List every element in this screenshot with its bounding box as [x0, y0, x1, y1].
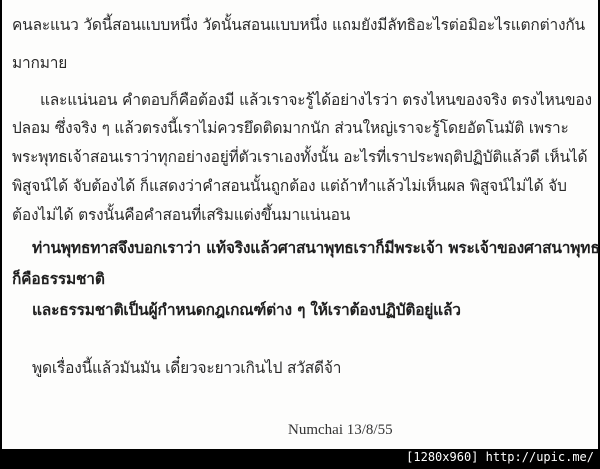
text-line-7: ต้องไม่ได้ ตรงนั้นคือคำสอนที่เสริมแต่งขึ…: [12, 202, 350, 227]
text-line-8-bold: ท่านพุทธทาสจึงบอกเราว่า แท้จริงแล้วศาสนา…: [32, 235, 600, 260]
text-line-9-bold: ก็คือธรรมชาติ: [12, 266, 105, 291]
text-line-2: มากมาย: [12, 50, 67, 75]
document-page: คนละแนว วัดนี้สอนแบบหนึ่ง วัดนั้นสอนแบบห…: [2, 0, 598, 449]
text-line-1: คนละแนว วัดนี้สอนแบบหนึ่ง วัดนั้นสอนแบบห…: [12, 12, 585, 37]
text-line-5: พระพุทธเจ้าสอนเราว่าทุกอย่างอยู่ที่ตัวเร…: [12, 144, 587, 169]
text-line-4: ปลอม ซึ่งจริง ๆ แล้วตรงนี้เราไม่ควรยึดติ…: [12, 115, 569, 140]
text-line-3: และแน่นอน คำตอบก็คือต้องมี แล้วเราจะรู้ไ…: [40, 87, 592, 112]
signature-date: Numchai 13/8/55: [288, 422, 393, 439]
watermark-text: [1280x960] http://upic.me/: [406, 450, 594, 464]
text-line-11: พูดเรื่องนี้แล้วมันมัน เดี๋ยวจะยาวเกินไป…: [32, 355, 341, 380]
text-line-10-bold: และธรรมชาติเป็นผู้กำหนดกฎเกณฑ์ต่าง ๆ ให้…: [32, 297, 461, 322]
text-line-6: พิสูจน์ได้ จับต้องได้ ก็แสดงว่าคำสอนนั้น…: [12, 173, 567, 198]
